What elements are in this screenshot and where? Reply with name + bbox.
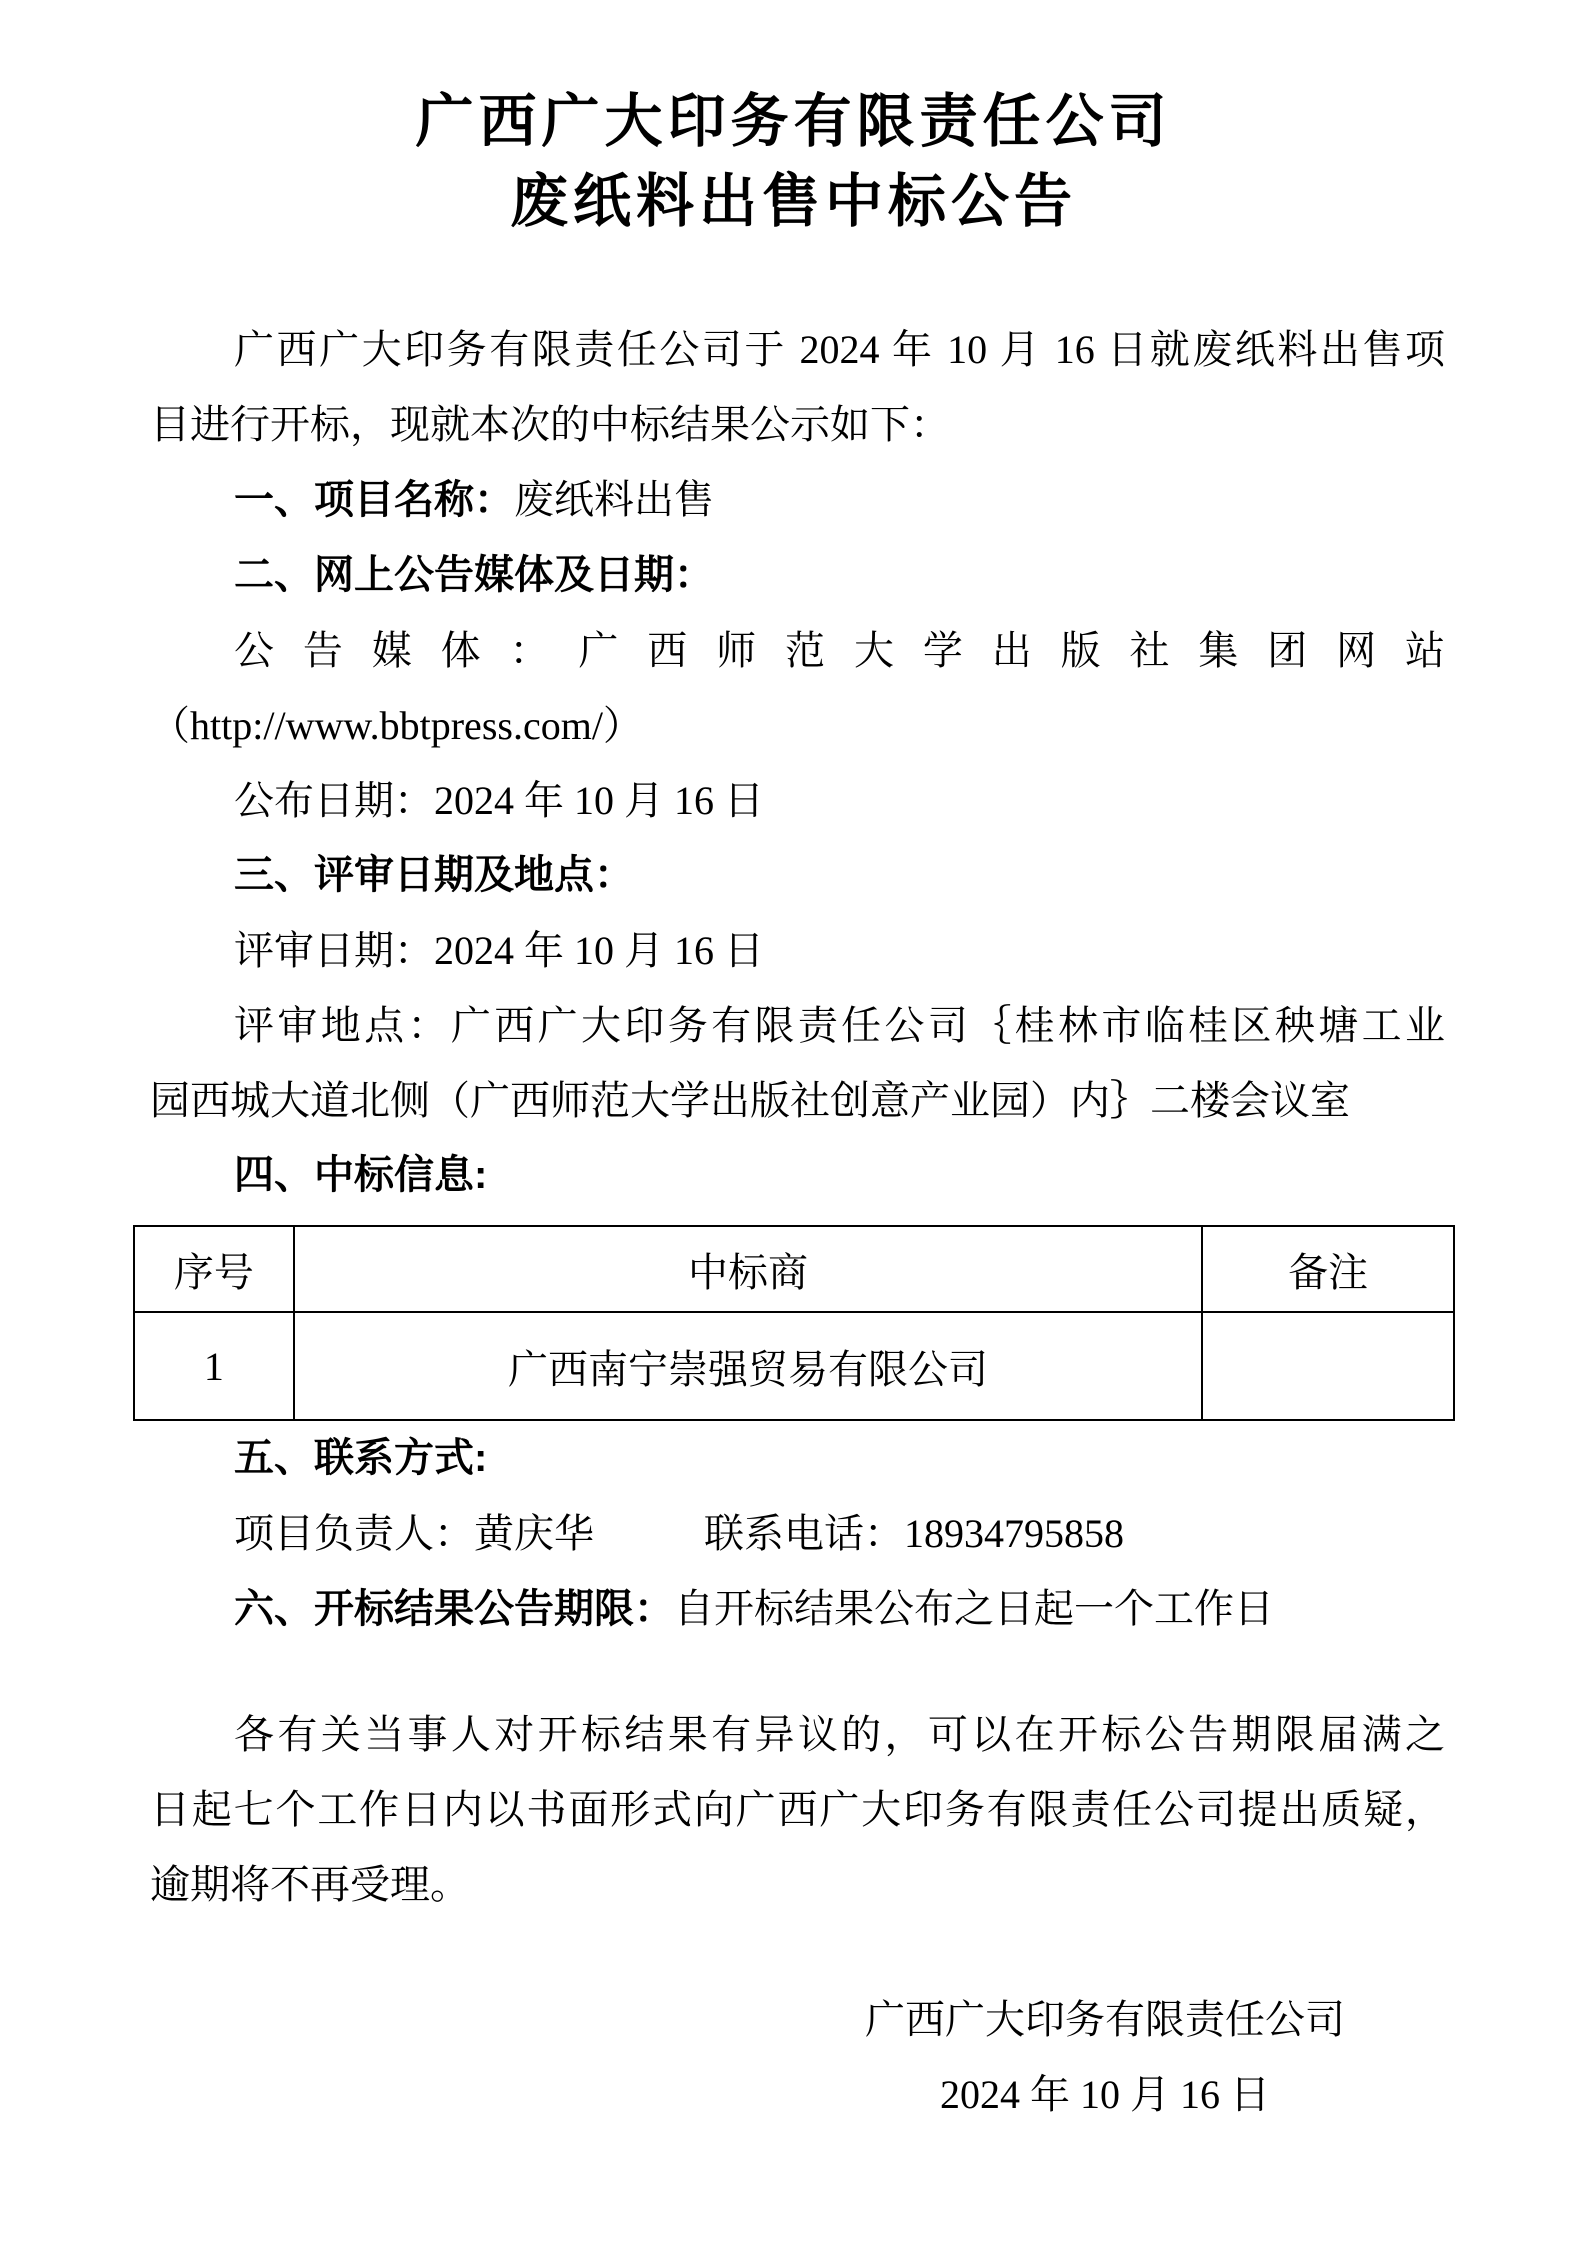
table-header-no: 序号 bbox=[134, 1226, 294, 1312]
section3-venue-line1: 评审地点：广西广大印务有限责任公司｛桂林市临桂区秧塘工业 bbox=[150, 988, 1445, 1063]
section2-url-line: （http://www.bbtpress.com/） bbox=[150, 688, 1445, 763]
document-body: 广西广大印务有限责任公司于 2024 年 10 月 16 日就废纸料出售项 目进… bbox=[0, 312, 1587, 2132]
section6-label: 六、开标结果公告期限： bbox=[234, 1587, 674, 1631]
document-title: 广西广大印务有限责任公司 废纸料出售中标公告 bbox=[0, 82, 1587, 242]
section4-label: 四、中标信息: bbox=[150, 1138, 1445, 1213]
table-cell-no: 1 bbox=[134, 1312, 294, 1420]
table-header-remark: 备注 bbox=[1202, 1226, 1454, 1312]
table-header-row: 序号 中标商 备注 bbox=[134, 1226, 1454, 1312]
contact-phone: 联系电话：18934795858 bbox=[704, 1511, 1124, 1556]
closing-paragraph: 各有关当事人对开标结果有异议的，可以在开标公告期限届满之 日起七个工作日内以书面… bbox=[150, 1697, 1445, 1922]
table-header-winner: 中标商 bbox=[294, 1226, 1203, 1312]
section6-line: 六、开标结果公告期限：自开标结果公布之日起一个工作日 bbox=[150, 1571, 1445, 1647]
section2-media-line: 公告媒体：广西师范大学出版社集团网站 bbox=[150, 613, 1445, 688]
signature-company: 广西广大印务有限责任公司 bbox=[865, 1982, 1345, 2057]
section1-value: 废纸料出售 bbox=[514, 477, 714, 522]
signature-date: 2024 年 10 月 16 日 bbox=[865, 2057, 1345, 2132]
section5-contact-line: 项目负责人：黄庆华联系电话：18934795858 bbox=[150, 1496, 1445, 1571]
section1-label: 一、项目名称： bbox=[234, 478, 514, 522]
signature-block: 广西广大印务有限责任公司 2024 年 10 月 16 日 bbox=[865, 1982, 1345, 2132]
table-cell-winner: 广西南宁崇强贸易有限公司 bbox=[294, 1312, 1203, 1420]
intro-line2: 目进行开标，现就本次的中标结果公示如下： bbox=[150, 387, 1445, 462]
signature-area: 广西广大印务有限责任公司 2024 年 10 月 16 日 bbox=[150, 1982, 1445, 2132]
section1-line: 一、项目名称：废纸料出售 bbox=[150, 462, 1445, 538]
section3-label: 三、评审日期及地点： bbox=[150, 838, 1445, 913]
closing-line1: 各有关当事人对开标结果有异议的，可以在开标公告期限届满之 bbox=[150, 1697, 1445, 1772]
document-page: 广西广大印务有限责任公司 废纸料出售中标公告 广西广大印务有限责任公司于 202… bbox=[0, 0, 1587, 2245]
section3-venue-line2: 园西城大道北侧（广西师范大学出版社创意产业园）内｝二楼会议室 bbox=[150, 1063, 1445, 1138]
title-line1: 广西广大印务有限责任公司 bbox=[0, 82, 1587, 162]
table-row: 1 广西南宁崇强贸易有限公司 bbox=[134, 1312, 1454, 1420]
intro-line1: 广西广大印务有限责任公司于 2024 年 10 月 16 日就废纸料出售项 bbox=[150, 312, 1445, 387]
section3-review-date-line: 评审日期：2024 年 10 月 16 日 bbox=[150, 913, 1445, 988]
closing-line2: 日起七个工作日内以书面形式向广西广大印务有限责任公司提出质疑， bbox=[150, 1772, 1445, 1847]
title-line2: 废纸料出售中标公告 bbox=[0, 162, 1587, 242]
bid-result-table: 序号 中标商 备注 1 广西南宁崇强贸易有限公司 bbox=[133, 1225, 1455, 1421]
section2-label: 二、网上公告媒体及日期： bbox=[150, 538, 1445, 613]
section5-label: 五、联系方式: bbox=[150, 1421, 1445, 1496]
project-manager: 项目负责人：黄庆华 bbox=[234, 1511, 594, 1556]
closing-line3: 逾期将不再受理。 bbox=[150, 1847, 1445, 1922]
table-cell-remark bbox=[1202, 1312, 1454, 1420]
section2-publish-date-line: 公布日期：2024 年 10 月 16 日 bbox=[150, 763, 1445, 838]
section6-value: 自开标结果公布之日起一个工作日 bbox=[674, 1586, 1274, 1631]
